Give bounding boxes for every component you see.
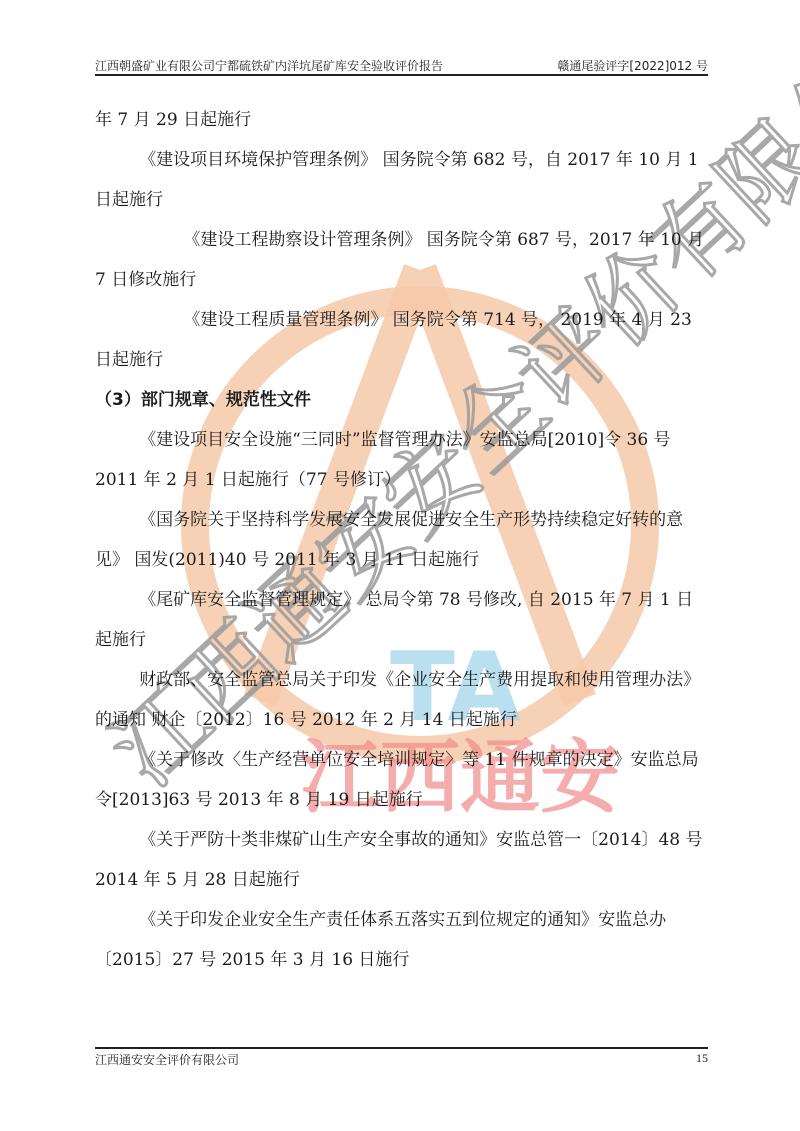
paragraph: 年 7 月 29 日起施行 <box>95 100 708 140</box>
paragraph: 《关于修改〈生产经营单位安全培训规定〉等 11 件规章的决定》安监总局令[201… <box>95 740 708 820</box>
paragraph: 《尾矿库安全监督管理规定》 总局令第 78 号修改, 自 2015 年 7 月 … <box>95 580 708 660</box>
document-body: 年 7 月 29 日起施行 《建设项目环境保护管理条例》 国务院令第 682 号… <box>95 100 708 980</box>
footer-company: 江西通安安全评价有限公司 <box>95 1051 239 1068</box>
paragraph: 《建设项目环境保护管理条例》 国务院令第 682 号，自 2017 年 10 月… <box>95 140 708 220</box>
header-report-title: 江西朝盛矿业有限公司宁都硫铁矿内洋坑尾矿库安全验收评价报告 <box>95 57 443 74</box>
paragraph: 《关于印发企业安全生产责任体系五落实五到位规定的通知》安监总办〔2015〕27 … <box>95 900 708 980</box>
paragraph: 《建设工程勘察设计管理条例》 国务院令第 687 号，2017 年 10 月 7… <box>95 220 708 300</box>
page-header: 江西朝盛矿业有限公司宁都硫铁矿内洋坑尾矿库安全验收评价报告 赣通尾验评字[202… <box>95 52 708 74</box>
paragraph: 《建设项目安全设施“三同时”监督管理办法》安监总局[2010]令 36 号 20… <box>95 420 708 500</box>
page-footer: 江西通安安全评价有限公司 15 <box>95 1051 708 1068</box>
footer-divider <box>95 1047 708 1049</box>
header-report-number: 赣通尾验评字[2022]012 号 <box>557 57 708 74</box>
header-divider <box>95 74 708 76</box>
paragraph: 《建设工程质量管理条例》 国务院令第 714 号， 2019 年 4 月 23 … <box>95 300 708 380</box>
paragraph: 财政部、安全监管总局关于印发《企业安全生产费用提取和使用管理办法》的通知 财企〔… <box>95 660 708 740</box>
paragraph: 《国务院关于坚持科学发展安全发展促进安全生产形势持续稳定好转的意见》 国发(20… <box>95 500 708 580</box>
section-heading: （3）部门规章、规范性文件 <box>95 380 708 420</box>
paragraph: 《关于严防十类非煤矿山生产安全事故的通知》安监总管一〔2014〕48 号 201… <box>95 820 708 900</box>
page-number: 15 <box>696 1051 708 1068</box>
